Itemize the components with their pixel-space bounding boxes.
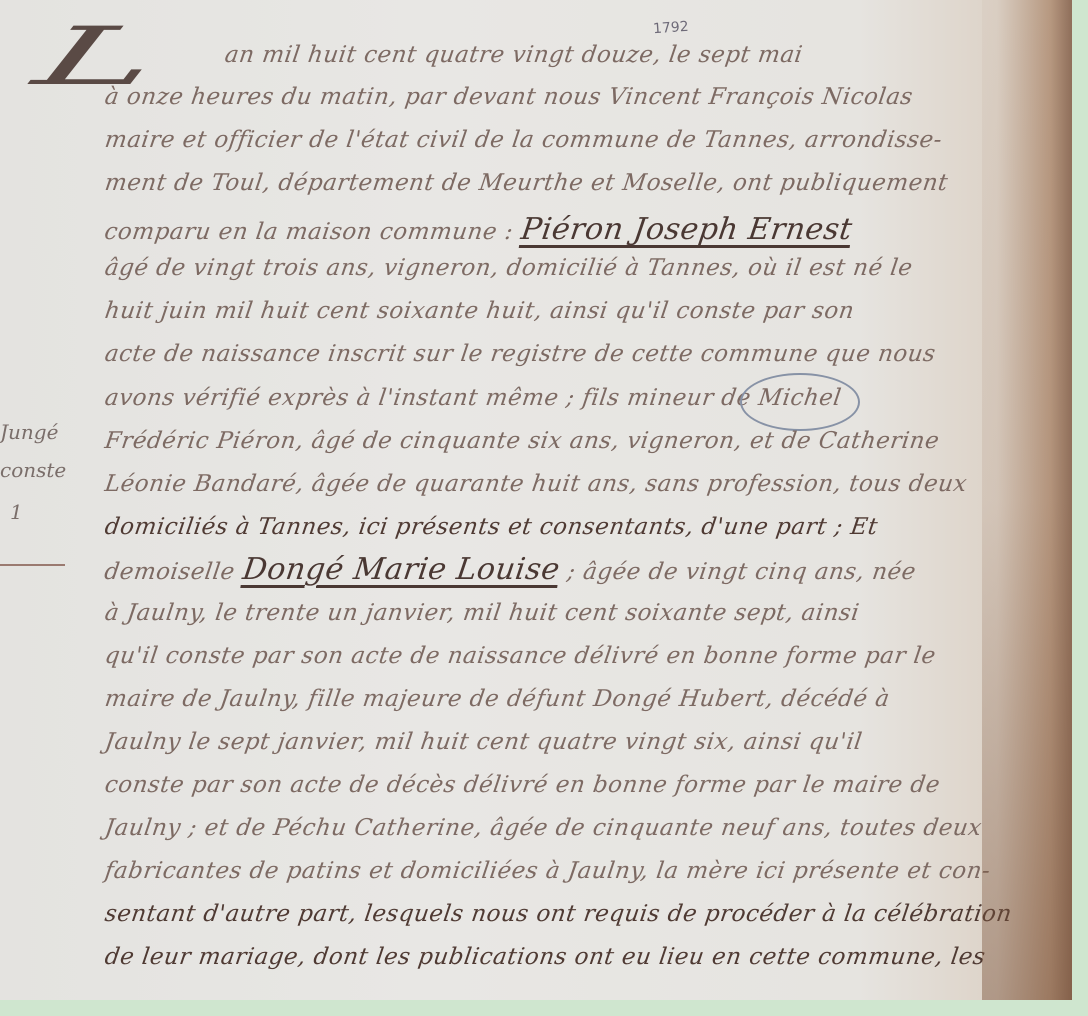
text-line-6: âgé de vingt trois ans, vigneron, domici… <box>103 255 914 281</box>
groom-name: Piéron Joseph Ernest <box>519 212 855 247</box>
text-line-18: conste par son acte de décès délivré en … <box>103 772 942 798</box>
text-line-13: demoiselle Dongé Marie Louise ; âgée de … <box>103 552 919 587</box>
text-line-12: domiciliés à Tannes, ici présents et con… <box>103 514 879 540</box>
text-line-9: avons vérifié exprès à l'instant même ; … <box>103 385 843 411</box>
text-line-15: qu'il conste par son acte de naissance d… <box>103 643 937 669</box>
text-line-22: de leur mariage, dont les publications o… <box>103 944 987 970</box>
text-line-19: Jaulny ; et de Péchu Catherine, âgée de … <box>103 815 983 841</box>
margin-note-2: 1 <box>10 500 23 524</box>
circled-word-mark <box>740 373 860 431</box>
text-line-17: Jaulny le sept janvier, mil huit cent qu… <box>103 729 864 755</box>
text-line-2: à onze heures du matin, par devant nous … <box>103 84 914 110</box>
text-line-8: acte de naissance inscrit sur le registr… <box>103 341 937 367</box>
text-line-1: an mil huit cent quatre vingt douze, le … <box>223 42 804 68</box>
line-5-prefix: comparu en la maison commune : <box>103 219 523 245</box>
margin-note-1: Jungé <box>0 420 58 444</box>
text-line-14: à Jaulny, le trente un janvier, mil huit… <box>103 600 861 626</box>
line-13-suffix: ; âgée de vingt cinq ans, née <box>565 559 917 585</box>
margin-rule <box>0 564 65 566</box>
text-line-5: comparu en la maison commune : Piéron Jo… <box>103 212 855 247</box>
text-line-3: maire et officier de l'état civil de la … <box>103 127 944 153</box>
text-line-4: ment de Toul, département de Meurthe et … <box>103 170 950 196</box>
text-line-16: maire de Jaulny, fille majeure de défunt… <box>103 686 891 712</box>
text-line-11: Léonie Bandaré, âgée de quarante huit an… <box>103 471 969 497</box>
text-line-21: sentant d'autre part, lesquels nous ont … <box>103 901 1013 927</box>
margin-note-3: conste <box>0 458 66 482</box>
document-page: L 1792 an mil huit cent quatre vingt dou… <box>0 0 1072 1000</box>
pencil-year-annotation: 1792 <box>652 19 689 37</box>
text-line-7: huit juin mil huit cent soixante huit, a… <box>103 298 856 324</box>
line-13-prefix: demoiselle <box>103 559 245 585</box>
bride-name: Dongé Marie Louise <box>240 552 562 587</box>
text-line-20: fabricantes de patins et domiciliées à J… <box>103 858 992 884</box>
text-line-10: Frédéric Piéron, âgé de cinquante six an… <box>103 428 941 454</box>
